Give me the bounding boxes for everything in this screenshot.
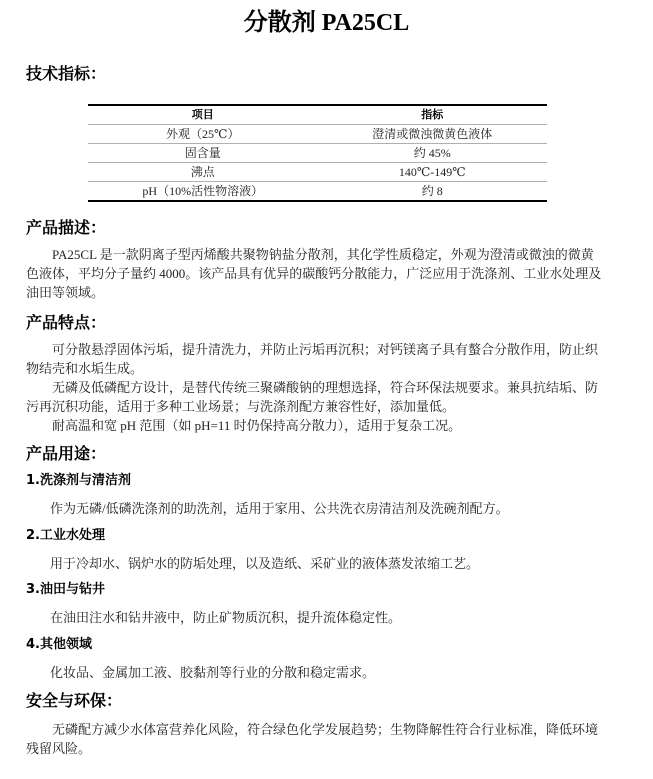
spec-header-value: 指标 bbox=[318, 105, 548, 125]
spec-item: pH（10%活性物溶液） bbox=[88, 182, 318, 202]
use-text: 化妆品、金属加工液、胶黏剂等行业的分散和稳定需求。 bbox=[50, 664, 610, 682]
safety-paragraph: 无磷配方减少水体富营养化风险，符合绿色化学发展趋势；生物降解性符合行业标准，降低… bbox=[26, 720, 606, 758]
safety-heading: 安全与环保： bbox=[26, 691, 122, 711]
uses-heading: 产品用途： bbox=[26, 444, 106, 464]
use-title: 3.油田与钻井 bbox=[26, 581, 105, 599]
feature-paragraph: 耐高温和宽 pH 范围（如 pH=11 时仍保持高分散力），适用于复杂工况。 bbox=[26, 416, 606, 435]
spec-heading: 技术指标： bbox=[26, 64, 106, 84]
feature-paragraph: 可分散悬浮固体污垢，提升清洗力，并防止污垢再沉积；对钙镁离子具有螯合分散作用，防… bbox=[26, 340, 606, 378]
spec-table-row: pH（10%活性物溶液） 约 8 bbox=[88, 182, 547, 202]
spec-value: 约 45% bbox=[318, 144, 548, 163]
spec-value: 140℃-149℃ bbox=[318, 163, 548, 182]
document-title: 分散剂 PA25CL bbox=[0, 8, 653, 38]
spec-table-row: 外观（25℃） 澄清或微浊微黄色液体 bbox=[88, 125, 547, 144]
use-text: 在油田注水和钻井液中，防止矿物质沉积，提升流体稳定性。 bbox=[50, 609, 610, 627]
feature-paragraph: 无磷及低磷配方设计，是替代传统三聚磷酸钠的理想选择，符合环保法规要求。兼具抗结垢… bbox=[26, 378, 606, 416]
spec-value: 约 8 bbox=[318, 182, 548, 202]
spec-table-row: 固含量 约 45% bbox=[88, 144, 547, 163]
description-heading: 产品描述： bbox=[26, 218, 106, 238]
spec-table-row: 沸点 140℃-149℃ bbox=[88, 163, 547, 182]
spec-table: 项目 指标 外观（25℃） 澄清或微浊微黄色液体 固含量 约 45% 沸点 14… bbox=[88, 104, 547, 202]
spec-value: 澄清或微浊微黄色液体 bbox=[318, 125, 548, 144]
spec-item: 固含量 bbox=[88, 144, 318, 163]
spec-item: 沸点 bbox=[88, 163, 318, 182]
use-title: 4.其他领域 bbox=[26, 636, 92, 654]
use-title: 2.工业水处理 bbox=[26, 527, 105, 545]
spec-item: 外观（25℃） bbox=[88, 125, 318, 144]
use-title: 1.洗涤剂与清洁剂 bbox=[26, 472, 131, 490]
description-paragraph: PA25CL 是一款阴离子型丙烯酸共聚物钠盐分散剂，其化学性质稳定，外观为澄清或… bbox=[26, 245, 606, 302]
spec-header-item: 项目 bbox=[88, 105, 318, 125]
features-heading: 产品特点： bbox=[26, 313, 106, 333]
use-text: 作为无磷/低磷洗涤剂的助洗剂，适用于家用、公共洗衣房清洁剂及洗碗剂配方。 bbox=[50, 500, 610, 518]
spec-table-header-row: 项目 指标 bbox=[88, 105, 547, 125]
use-text: 用于冷却水、锅炉水的防垢处理，以及造纸、采矿业的液体蒸发浓缩工艺。 bbox=[50, 555, 610, 573]
